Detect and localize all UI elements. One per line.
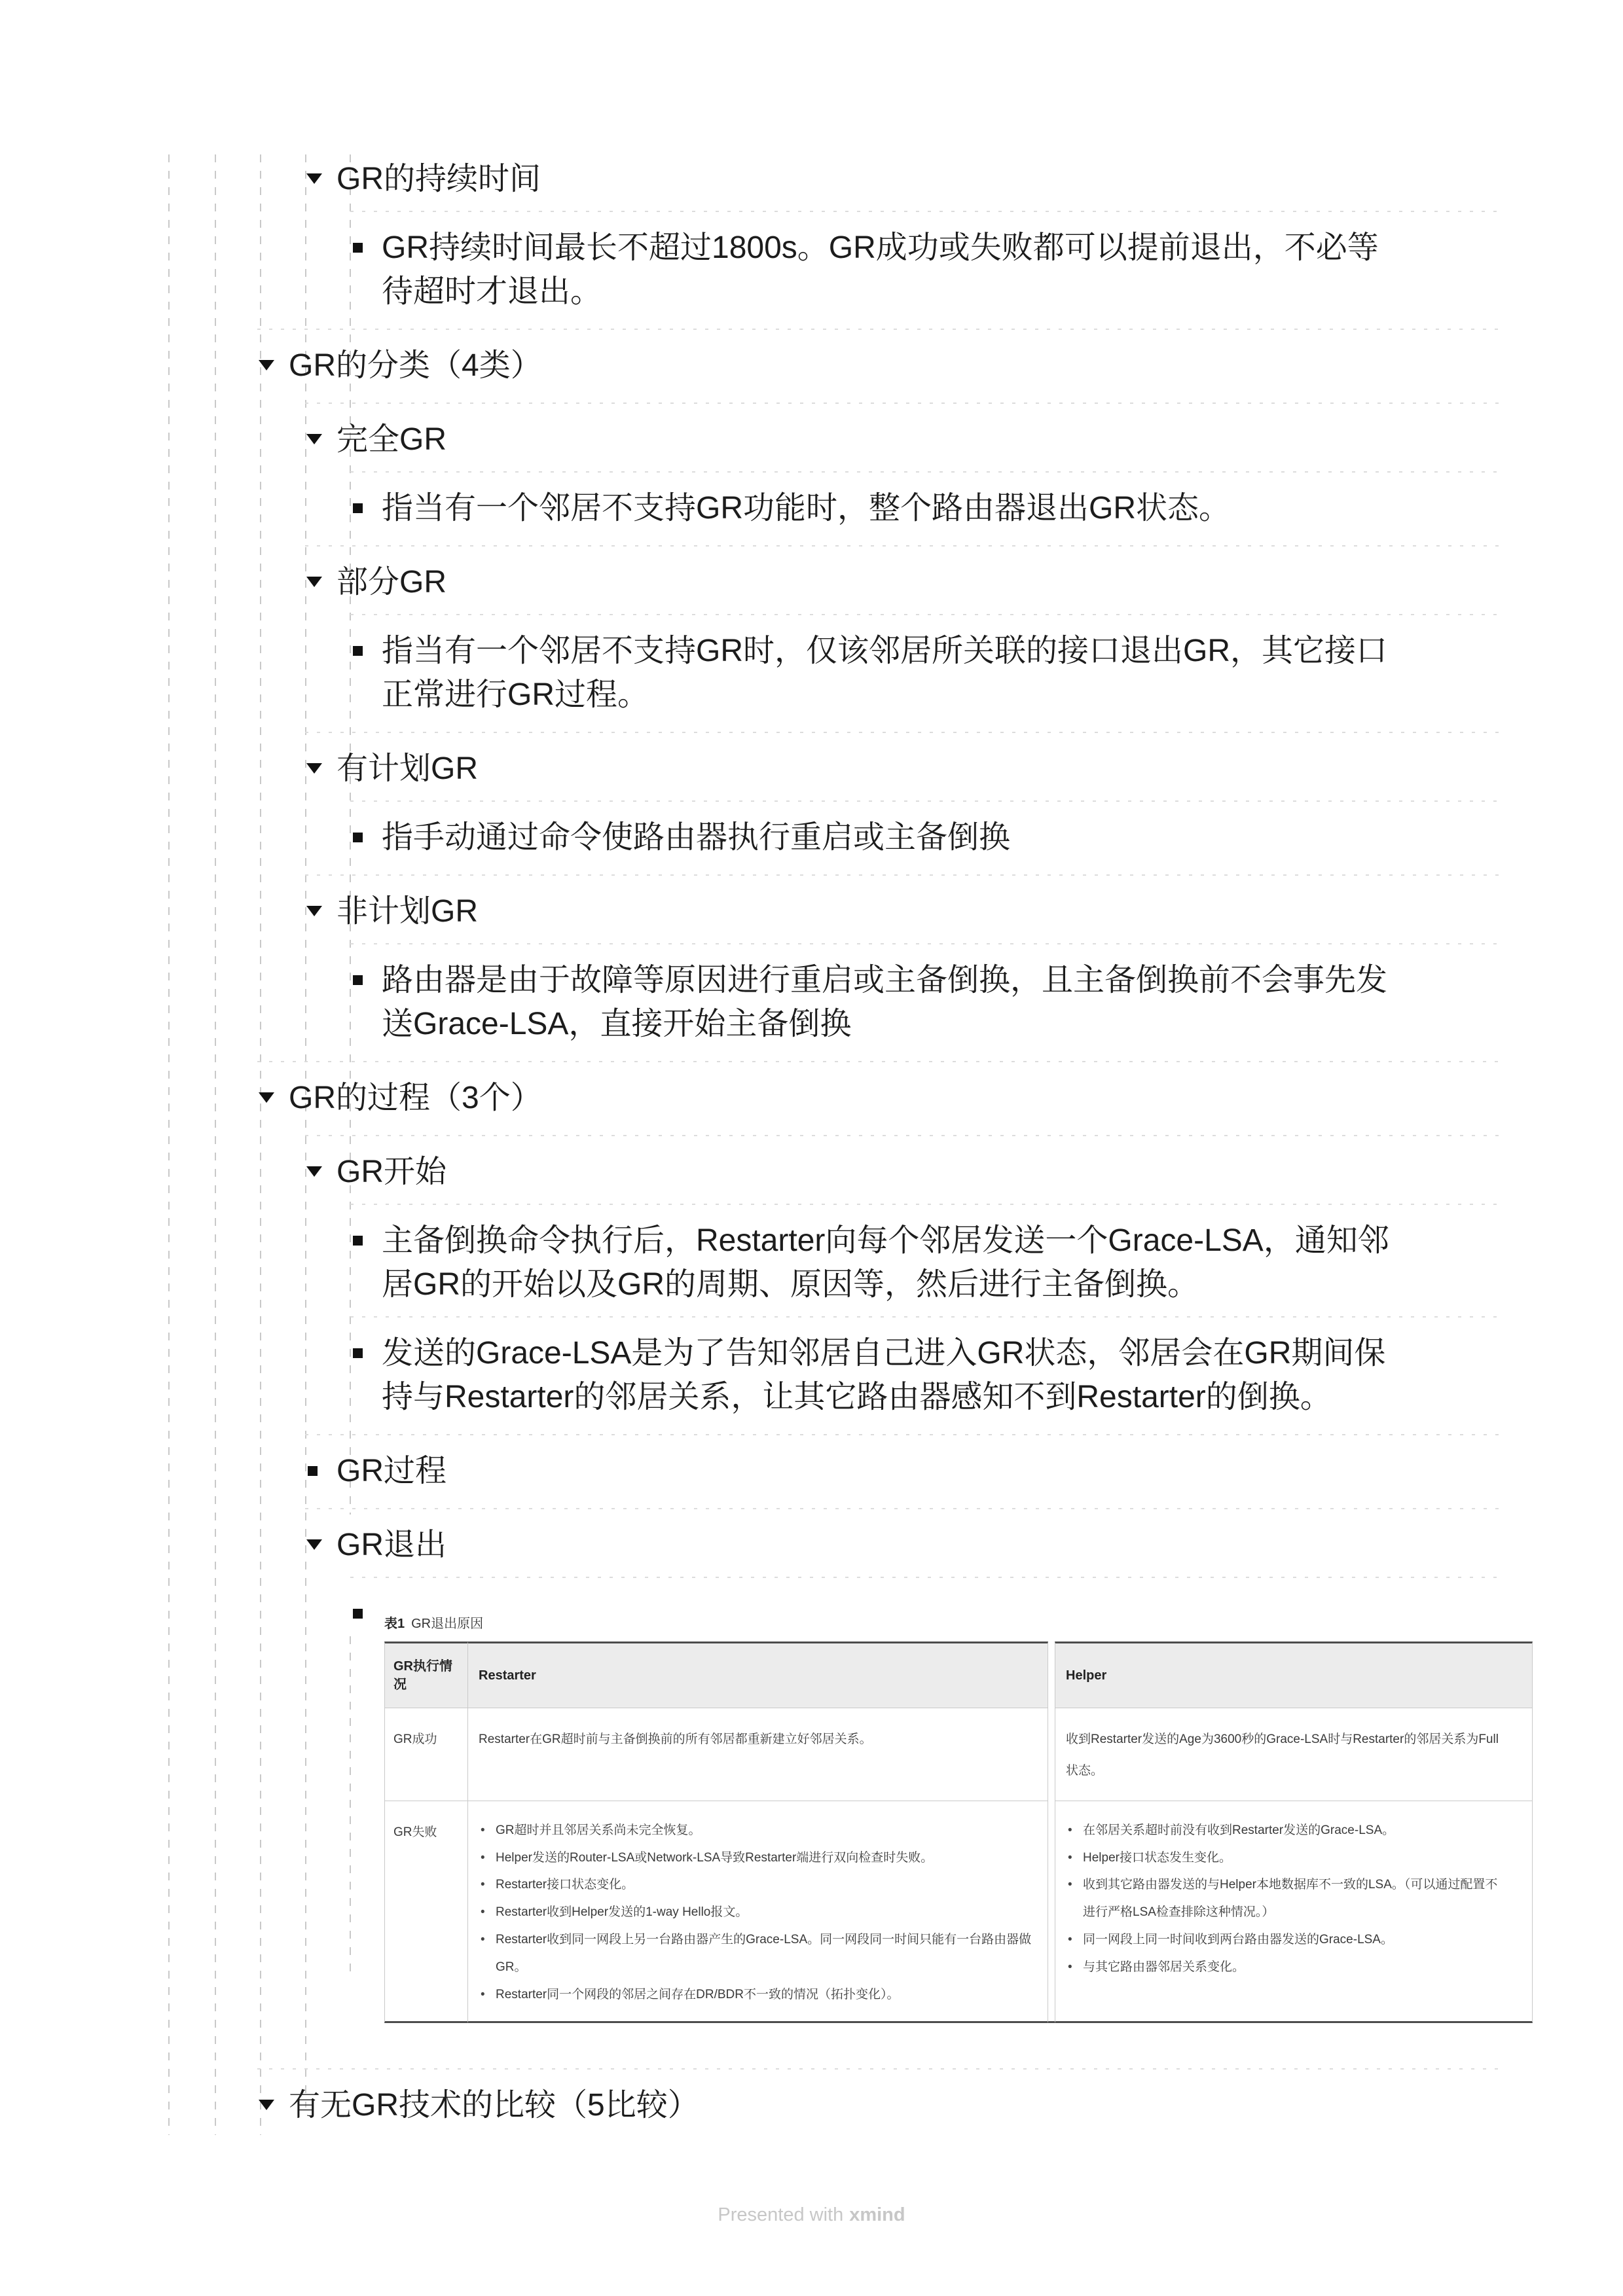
collapse-arrow-icon[interactable]: [259, 2100, 274, 2110]
outline-row: GR持续时间最长不超过1800s。GR成功或失败都可以提前退出，不必等待超时才退…: [350, 226, 1533, 314]
table-body: GR成功Restarter在GR超时前与主备倒换前的所有邻居都重新建立好邻居关系…: [384, 1708, 1533, 2023]
table-bullet-item: Restarter收到Helper发送的1-way Hello报文。: [479, 1899, 1037, 1926]
outline-text: 部分GR: [337, 560, 1358, 604]
outline-row: 部分GR: [305, 560, 1533, 604]
outline-row-content: GR的持续时间: [337, 157, 1533, 201]
footer-text: Presented with: [718, 2204, 843, 2225]
collapse-arrow-icon[interactable]: [259, 1092, 274, 1103]
outline-row-marker: [305, 1523, 337, 1550]
bullet-icon: [353, 646, 363, 656]
bullet-icon: [353, 1236, 363, 1246]
outline-row: 发送的Grace-LSA是为了告知邻居自己进入GR状态，邻居会在GR期间保持与R…: [350, 1331, 1533, 1419]
outline-row-content: 指手动通过命令使路由器执行重启或主备倒换: [382, 816, 1533, 859]
cell-restarter-list: GR超时并且邻居关系尚未完全恢复。Helper发送的Router-LSA或Net…: [479, 1817, 1037, 2009]
outline-row-marker: [257, 1076, 289, 1103]
outline-row-marker: [350, 1219, 382, 1246]
table-caption-text: GR退出原因: [411, 1617, 483, 1631]
outline-row-content: GR的分类（4类）: [289, 344, 1533, 387]
outline-row-content: 有计划GR: [337, 747, 1533, 791]
col-header-restarter: Restarter: [468, 1641, 1048, 1708]
outline-row: GR开始: [305, 1150, 1533, 1194]
outline-row: 路由器是由于故障等原因进行重启或主备倒换，且主备倒换前不会事先发送Grace-L…: [350, 958, 1533, 1046]
outline-row-content: 完全GR: [337, 418, 1533, 461]
table-bullet-text: Restarter收到Helper发送的1-way Hello报文。: [496, 1905, 748, 1919]
outline-row-marker: [305, 157, 337, 184]
bullet-icon: [353, 975, 363, 985]
outline-row-marker: [350, 958, 382, 985]
table-bullet-text: 在邻居关系超时前没有收到Restarter发送的Grace-LSA。: [1083, 1823, 1395, 1837]
outline-text: GR的过程（3个）: [289, 1076, 1310, 1120]
outline-page: GR的持续时间GR持续时间最长不超过1800s。GR成功或失败都可以提前退出，不…: [0, 0, 1623, 2296]
table-bullet-item: Restarter接口状态变化。: [479, 1871, 1037, 1899]
cell-helper-text: 收到Restarter发送的Age为3600秒的Grace-LSA时与Resta…: [1066, 1724, 1510, 1787]
gr-exit-reasons-table: GR执行情况 Restarter Helper GR成功Restarter在GR…: [384, 1641, 1533, 2023]
bullet-icon: [353, 243, 363, 253]
table-bullet-text: 同一网段上同一时间收到两台路由器发送的Grace-LSA。: [1083, 1933, 1393, 1946]
outline-text: 路由器是由于故障等原因进行重启或主备倒换，且主备倒换前不会事先发送Grace-L…: [382, 958, 1403, 1046]
column-gutter: [1048, 1801, 1055, 2024]
outline-row-content: 路由器是由于故障等原因进行重启或主备倒换，且主备倒换前不会事先发送Grace-L…: [382, 958, 1533, 1046]
outline-row-content: 表1GR退出原因 GR执行情况 Restarter Helper GR成功Res…: [382, 1592, 1533, 2026]
table-row: GR失败GR超时并且邻居关系尚未完全恢复。Helper发送的Router-LSA…: [384, 1801, 1533, 2024]
outline-row-content: GR的过程（3个）: [289, 1076, 1533, 1120]
table-bullet-text: GR超时并且邻居关系尚未完全恢复。: [496, 1823, 701, 1837]
outline-row-marker: [305, 560, 337, 587]
col-header-helper: Helper: [1055, 1641, 1533, 1708]
column-gutter: [1048, 1708, 1055, 1801]
outline-row-marker: [350, 226, 382, 253]
table-bullet-text: Restarter同一个网段的邻居之间存在DR/BDR不一致的情况（拓扑变化）。: [496, 1988, 899, 2001]
outline-text: GR持续时间最长不超过1800s。GR成功或失败都可以提前退出，不必等待超时才退…: [382, 226, 1403, 314]
table-bullet-text: 收到其它路由器发送的与Helper本地数据库不一致的LSA。（可以通过配置不进行…: [1083, 1878, 1497, 1919]
table-bullet-item: 在邻居关系超时前没有收到Restarter发送的Grace-LSA。: [1066, 1817, 1510, 1844]
outline-row-marker: [257, 2083, 289, 2110]
table-bullet-item: Helper发送的Router-LSA或Network-LSA导致Restart…: [479, 1844, 1037, 1872]
gr-exit-table: 表1GR退出原因 GR执行情况 Restarter Helper GR成功Res…: [384, 1615, 1533, 2023]
collapse-arrow-icon[interactable]: [306, 577, 322, 587]
outline-row: GR的分类（4类）: [257, 344, 1533, 387]
cell-restarter: GR超时并且邻居关系尚未完全恢复。Helper发送的Router-LSA或Net…: [468, 1801, 1048, 2024]
outline-row-marker: [350, 1331, 382, 1358]
outline-row-content: 部分GR: [337, 560, 1533, 604]
outline-text: 非计划GR: [337, 889, 1358, 933]
bullet-icon: [353, 503, 363, 513]
outline-row-marker: [305, 1150, 337, 1177]
outline-row: 指当有一个邻居不支持GR时，仅该邻居所关联的接口退出GR，其它接口正常进行GR过…: [350, 629, 1533, 717]
outline-text: 主备倒换命令执行后，Restarter向每个邻居发送一个Grace-LSA，通知…: [382, 1219, 1403, 1306]
bullet-icon: [308, 1466, 318, 1476]
outline-text: 有无GR技术的比较（5比较）: [289, 2083, 1310, 2127]
outline-text: GR的分类（4类）: [289, 344, 1310, 387]
column-gutter: [1048, 1641, 1055, 1708]
outline-text: GR过程: [337, 1449, 1358, 1493]
collapse-arrow-icon[interactable]: [306, 173, 322, 184]
outline-row: GR的持续时间: [305, 157, 1533, 201]
outline-row-marker: [350, 816, 382, 842]
outline-row-marker: [350, 629, 382, 656]
table-bullet-text: Restarter接口状态变化。: [496, 1878, 634, 1892]
table-bullet-item: 收到其它路由器发送的与Helper本地数据库不一致的LSA。（可以通过配置不进行…: [1066, 1871, 1510, 1926]
table-bullet-text: Helper接口状态发生变化。: [1083, 1851, 1231, 1865]
outline-row-marker: [350, 1592, 382, 1619]
table-bullet-item: 同一网段上同一时间收到两台路由器发送的Grace-LSA。: [1066, 1926, 1510, 1954]
outline-text: 有计划GR: [337, 747, 1358, 791]
table-caption: 表1GR退出原因: [384, 1615, 1533, 1632]
outline-text: 指当有一个邻居不支持GR功能时，整个路由器退出GR状态。: [382, 486, 1403, 530]
outline-row: 非计划GR: [305, 889, 1533, 933]
cell-restarter: Restarter在GR超时前与主备倒换前的所有邻居都重新建立好邻居关系。: [468, 1708, 1048, 1801]
table-bullet-text: Restarter收到同一网段上另一台路由器产生的Grace-LSA。同一网段同…: [496, 1933, 1031, 1974]
table-bullet-item: Helper接口状态发生变化。: [1066, 1844, 1510, 1872]
col-header-gr-situation: GR执行情况: [384, 1641, 468, 1708]
outline-text: GR的持续时间: [337, 157, 1358, 201]
bullet-icon: [353, 833, 363, 842]
outline-row: 指当有一个邻居不支持GR功能时，整个路由器退出GR状态。: [350, 486, 1533, 530]
outline-text: 指手动通过命令使路由器执行重启或主备倒换: [382, 816, 1403, 859]
cell-helper: 在邻居关系超时前没有收到Restarter发送的Grace-LSA。Helper…: [1055, 1801, 1533, 2024]
outline-row-marker: [305, 747, 337, 774]
outline-row-marker: [305, 418, 337, 444]
outline-text: GR退出: [337, 1523, 1358, 1567]
outline-row: 主备倒换命令执行后，Restarter向每个邻居发送一个Grace-LSA，通知…: [350, 1219, 1533, 1306]
cell-helper-list: 在邻居关系超时前没有收到Restarter发送的Grace-LSA。Helper…: [1066, 1817, 1510, 1981]
cell-restarter-text: Restarter在GR超时前与主备倒换前的所有邻居都重新建立好邻居关系。: [479, 1724, 1037, 1755]
table-header-row: GR执行情况 Restarter Helper: [384, 1641, 1533, 1708]
outline-row-marker: [350, 486, 382, 513]
collapse-arrow-icon[interactable]: [306, 906, 322, 916]
outline-row-content: GR开始: [337, 1150, 1533, 1194]
outline-text: 完全GR: [337, 418, 1358, 461]
footer: Presented withxmind: [0, 2204, 1623, 2226]
outline-row: 指手动通过命令使路由器执行重启或主备倒换: [350, 816, 1533, 859]
table-bullet-item: GR超时并且邻居关系尚未完全恢复。: [479, 1817, 1037, 1844]
table-bullet-item: Restarter同一个网段的邻居之间存在DR/BDR不一致的情况（拓扑变化）。: [479, 1981, 1037, 2009]
outline-row-content: GR持续时间最长不超过1800s。GR成功或失败都可以提前退出，不必等待超时才退…: [382, 226, 1533, 314]
collapse-arrow-icon[interactable]: [306, 1539, 322, 1550]
outline-row: GR过程: [305, 1449, 1533, 1493]
table-bullet-item: 与其它路由器邻居关系变化。: [1066, 1954, 1510, 1981]
outline-text: GR开始: [337, 1150, 1358, 1194]
outline-row-content: 主备倒换命令执行后，Restarter向每个邻居发送一个Grace-LSA，通知…: [382, 1219, 1533, 1306]
outline-row-content: 指当有一个邻居不支持GR时，仅该邻居所关联的接口退出GR，其它接口正常进行GR过…: [382, 629, 1533, 717]
table-bullet-text: 与其它路由器邻居关系变化。: [1083, 1960, 1245, 1974]
bullet-icon: [353, 1348, 363, 1358]
outline-row-content: GR退出: [337, 1523, 1533, 1567]
outline-row: 表1GR退出原因 GR执行情况 Restarter Helper GR成功Res…: [350, 1592, 1533, 2026]
outline-row: GR退出: [305, 1523, 1533, 1567]
bullet-icon: [353, 1609, 363, 1619]
outline-row: 有计划GR: [305, 747, 1533, 791]
collapse-arrow-icon[interactable]: [259, 360, 274, 370]
table-bullet-item: Restarter收到同一网段上另一台路由器产生的Grace-LSA。同一网段同…: [479, 1926, 1037, 1981]
outline-text: 指当有一个邻居不支持GR时，仅该邻居所关联的接口退出GR，其它接口正常进行GR过…: [382, 629, 1403, 717]
table-row: GR成功Restarter在GR超时前与主备倒换前的所有邻居都重新建立好邻居关系…: [384, 1708, 1533, 1801]
collapse-arrow-icon[interactable]: [306, 434, 322, 444]
cell-helper: 收到Restarter发送的Age为3600秒的Grace-LSA时与Resta…: [1055, 1708, 1533, 1801]
outline-row-marker: [257, 344, 289, 370]
gr-situation-text: GR成功: [393, 1732, 437, 1746]
outline-row: 有无GR技术的比较（5比较）: [257, 2083, 1533, 2127]
table-bullet-text: Helper发送的Router-LSA或Network-LSA导致Restart…: [496, 1851, 933, 1865]
outline-row-content: 指当有一个邻居不支持GR功能时，整个路由器退出GR状态。: [382, 486, 1533, 530]
outline-row-marker: [305, 889, 337, 916]
cell-gr-situation: GR成功: [384, 1708, 468, 1801]
outline-text: 发送的Grace-LSA是为了告知邻居自己进入GR状态，邻居会在GR期间保持与R…: [382, 1331, 1403, 1419]
footer-brand: xmind: [849, 2204, 905, 2225]
collapse-arrow-icon[interactable]: [306, 763, 322, 774]
outline-row: GR的过程（3个）: [257, 1076, 1533, 1120]
outline-row-content: 非计划GR: [337, 889, 1533, 933]
outline-row-content: 发送的Grace-LSA是为了告知邻居自己进入GR状态，邻居会在GR期间保持与R…: [382, 1331, 1533, 1419]
outline-row: 完全GR: [305, 418, 1533, 461]
collapse-arrow-icon[interactable]: [306, 1166, 322, 1177]
outline: GR的持续时间GR持续时间最长不超过1800s。GR成功或失败都可以提前退出，不…: [151, 157, 1533, 2127]
gr-situation-text: GR失败: [393, 1825, 437, 1839]
outline-row-marker: [305, 1449, 337, 1476]
table-caption-label: 表1: [384, 1617, 405, 1631]
outline-row-content: 有无GR技术的比较（5比较）: [289, 2083, 1533, 2127]
outline-row-content: GR过程: [337, 1449, 1533, 1493]
cell-gr-situation: GR失败: [384, 1801, 468, 2024]
